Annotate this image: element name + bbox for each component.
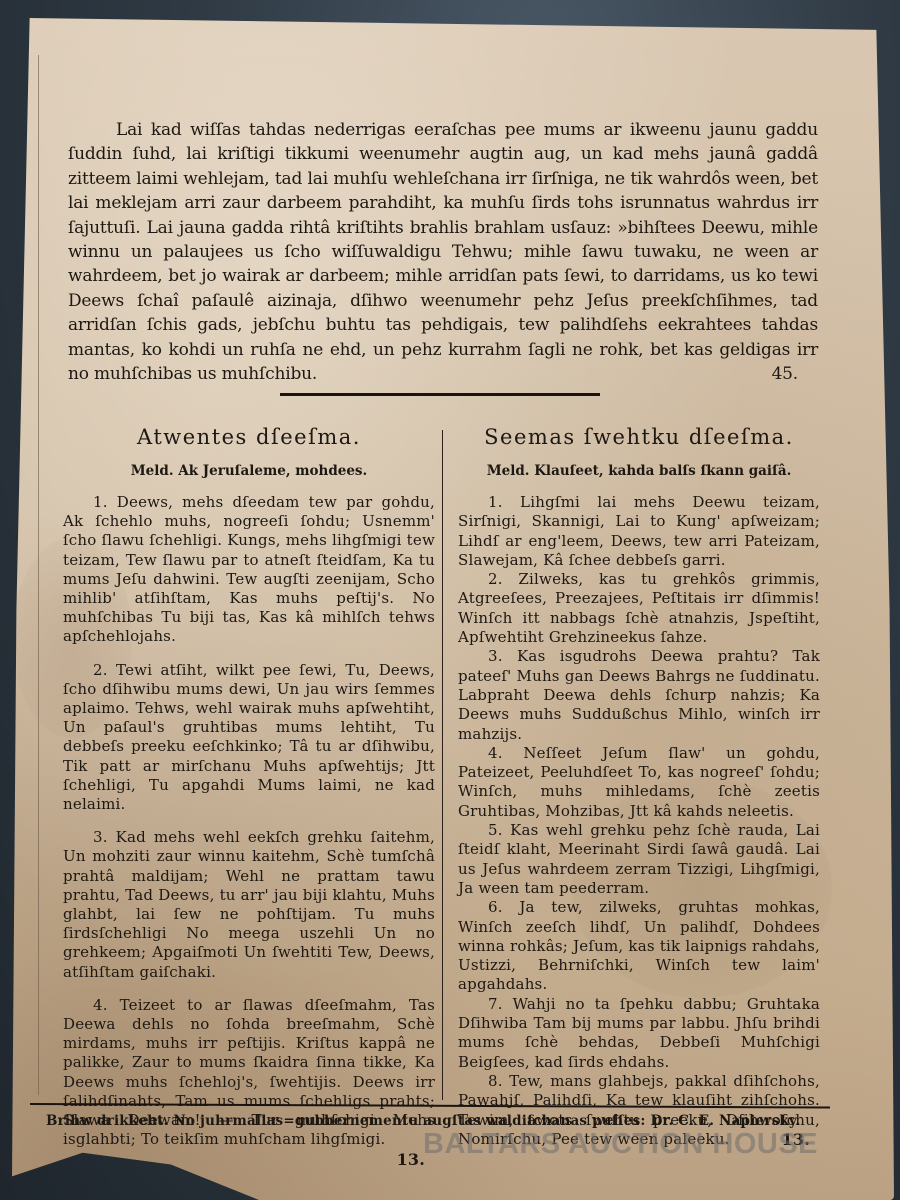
hymn-end-number: 13.	[367, 1150, 425, 1169]
intro-paragraph: Lai kad wiſſas tahdas nederrigas eeraſch…	[68, 118, 818, 386]
hymn-advent: Atwentes dſeeſma. Meld. Ak Jeruſaleme, m…	[63, 425, 435, 1169]
verse: 3. Kas isgudrohs Deewa prahtu? Tak patee…	[458, 647, 820, 743]
verse: 1. Lihgſmi lai mehs Deewu teizam, Sirſni…	[458, 493, 820, 570]
hymn-melody: Meld. Ak Jeruſaleme, mohdees.	[63, 463, 435, 479]
hymn-title: Seemas ſwehtku dſeeſma.	[458, 425, 820, 449]
hymn-melody: Meld. Klauſeet, kahda balſs ſkann gaiſâ.	[458, 463, 820, 479]
hymn-title: Atwentes dſeeſma.	[63, 425, 435, 449]
intro-text: Lai kad wiſſas tahdas nederrigas eeraſch…	[68, 120, 818, 384]
column-divider	[442, 430, 443, 1100]
verse: 6. Ja tew, zilweks, gruhtas mohkas, Winſ…	[458, 898, 820, 994]
censor-imprimatur: Brihw drikkeht. No juhrmallas=gubberneme…	[46, 1113, 836, 1129]
margin-pencil-line	[38, 55, 39, 1095]
intro-page-reference: 45.	[724, 362, 798, 386]
hymn-christmas: Seemas ſwehtku dſeeſma. Meld. Klauſeet, …	[458, 425, 820, 1149]
auction-watermark: BALTARS AUCTION HOUSE	[423, 1128, 818, 1161]
verse: 5. Kas wehl grehku pehz ſchè rauda, Lai …	[458, 821, 820, 898]
verse: 2. Tewi atſiht, wilkt pee ſewi, Tu, Deew…	[63, 661, 435, 815]
section-divider	[280, 393, 600, 396]
verse: 3. Kad mehs wehl eekſch grehku ſaitehm, …	[63, 828, 435, 982]
verse: 4. Neſſeet Jeſum ſlaw' un gohdu, Pateize…	[458, 744, 820, 821]
verse: 7. Wahji no ta ſpehku dabbu; Gruhtaka Dſ…	[458, 995, 820, 1072]
verse: 1. Deews, mehs dſeedam tew par gohdu, Ak…	[63, 493, 435, 647]
verse: 2. Zilweks, kas tu grehkôs grimmis, Atgr…	[458, 570, 820, 647]
